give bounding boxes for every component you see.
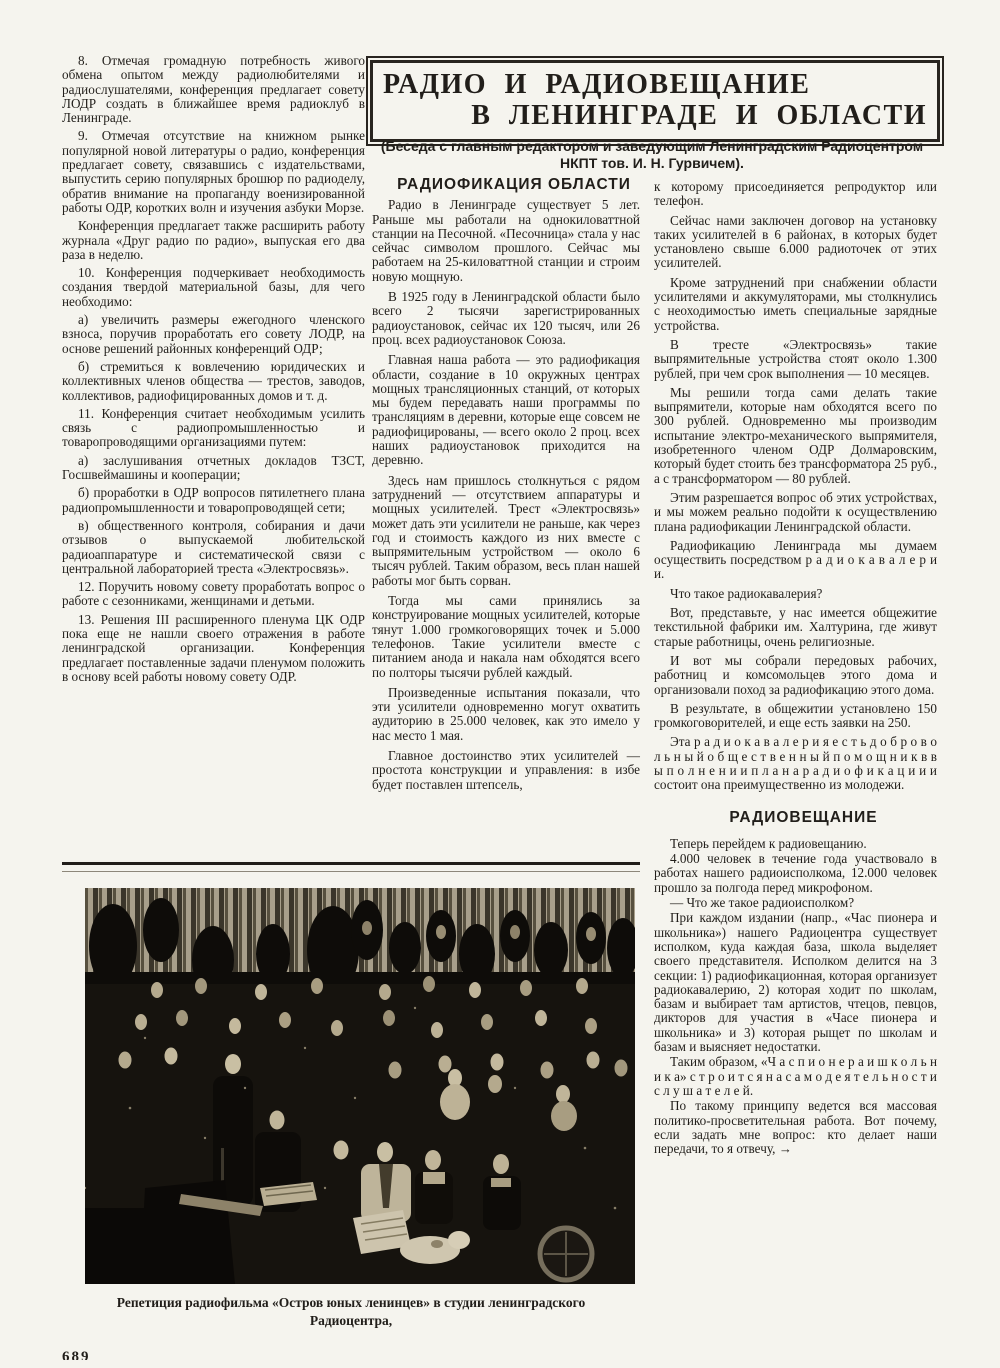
section-heading-radioveshanie: РАДИОВЕЩАНИЕ [654, 811, 937, 825]
paragraph: Сейчас нами заключен договор на установк… [654, 214, 937, 271]
paragraph: Мы решили тогда сами делать такие выпрям… [654, 386, 937, 486]
paragraph: к которому присоединяется репродуктор ил… [654, 180, 937, 209]
paragraph: 10. Конференция подчеркивает необходимос… [62, 266, 365, 309]
studio-group-photo [85, 888, 635, 1284]
article-title-inner: РАДИО И РАДИОВЕЩАНИЕ В ЛЕНИНГРАДЕ И ОБЛА… [370, 60, 940, 142]
page-number: 689 [62, 1350, 122, 1360]
paragraph: а) заслушивания отчетных докладов ТЗСТ, … [62, 454, 365, 483]
paragraph: в) общественного контроля, собирания и д… [62, 519, 365, 576]
paragraph: 11. Конференция считает необходимым усил… [62, 407, 365, 450]
middle-column: РАДИОФИКАЦИЯ ОБЛАСТИ Радио в Ленинграде … [372, 178, 640, 798]
article-title-line2: В ЛЕНИНГРАДЕ И ОБЛАСТИ [383, 100, 927, 131]
paragraph: Вот, представьте, у нас имеется общежити… [654, 606, 937, 649]
photo-caption-line1: Репетиция радиофильма «Остров юных ленин… [62, 1294, 640, 1312]
paragraph: 9. Отмечая отсутствие на книжном рынке п… [62, 129, 365, 215]
paragraph: Радио в Ленинграде существует 5 лет. Ран… [372, 198, 640, 284]
paragraph: б) проработки в ОДР вопросов пятилетнего… [62, 486, 365, 515]
studio-group-photo-image [85, 888, 635, 1284]
paragraph: Тогда мы сами принялись за конструирован… [372, 594, 640, 680]
paragraph: Здесь нам пришлось столкнуться с рядом з… [372, 474, 640, 588]
section-heading-radiofikacia: РАДИОФИКАЦИЯ ОБЛАСТИ [372, 178, 640, 192]
paragraph: Этим разрешается вопрос об этих устройст… [654, 491, 937, 534]
paragraph: Произведенные испытания показали, что эт… [372, 686, 640, 743]
paragraph: В тресте «Электросвязь» такие выпрямител… [654, 338, 937, 381]
radiofikacia-column1-text: Радио в Ленинграде существует 5 лет. Ран… [372, 198, 640, 792]
article-subtitle: (Беседа с главным редактором и заведующи… [368, 138, 936, 172]
paragraph: 4.000 человек в течение года участвовало… [654, 852, 937, 895]
paragraph: 8. Отмечая громадную потребность живого … [62, 54, 365, 125]
radioveshanie-text: Теперь перейдем к радиовещанию.4.000 чел… [654, 837, 937, 1157]
left-column: 8. Отмечая громадную потребность живого … [62, 54, 365, 688]
paragraph: Теперь перейдем к радиовещанию. [654, 837, 937, 851]
newspaper-page: 8. Отмечая громадную потребность живого … [0, 0, 1000, 1368]
paragraph: Таким образом, «Ч а с п и о н е р а и ш … [654, 1055, 937, 1098]
paragraph: 12. Поручить новому совету проработать в… [62, 580, 365, 609]
paragraph: Главная наша работа — это радиофикация о… [372, 353, 640, 467]
paragraph: Что такое радиокавалерия? [654, 587, 937, 601]
paragraph: б) стремиться к вовлечению юридических и… [62, 360, 365, 403]
photo-caption-line2: Радиоцентра, [62, 1312, 640, 1330]
paragraph: Главное достоинство этих усилителей — пр… [372, 749, 640, 792]
paragraph: Кроме затруднений при снабжении области … [654, 276, 937, 333]
article-title-line1: РАДИО И РАДИОВЕЩАНИЕ [383, 69, 927, 100]
right-column: к которому присоединяется репродуктор ил… [654, 180, 937, 1157]
paragraph: И вот мы собрали передовых рабочих, рабо… [654, 654, 937, 697]
photo-top-rule [62, 862, 640, 872]
photo-caption: Репетиция радиофильма «Остров юных ленин… [62, 1294, 640, 1330]
paragraph: — Что же такое радиоисполком? [654, 896, 937, 910]
radiofikacia-column2-text: к которому присоединяется репродуктор ил… [654, 180, 937, 793]
paragraph: Радиофикацию Ленинграда мы думаем осущес… [654, 539, 937, 582]
paragraph: а) увеличить размеры ежегодного членског… [62, 313, 365, 356]
paragraph: Конференция предлагает также расширить р… [62, 219, 365, 262]
article-subtitle-line2: НКПТ тов. И. Н. Гурвичем). [368, 155, 936, 172]
article-subtitle-line1: (Беседа с главным редактором и заведующи… [368, 138, 936, 155]
paragraph: 13. Решения III расширенного пленума ЦК … [62, 613, 365, 684]
paragraph: При каждом издании (напр., «Час пионера … [654, 911, 937, 1054]
article-title-box: РАДИО И РАДИОВЕЩАНИЕ В ЛЕНИНГРАДЕ И ОБЛА… [366, 56, 944, 146]
paragraph: В 1925 году в Ленинградской области было… [372, 290, 640, 347]
paragraph: В результате, в общежитии установлено 15… [654, 702, 937, 731]
paragraph: Эта р а д и о к а в а л е р и я е с т ь … [654, 735, 937, 792]
paragraph: По такому принципу ведется вся массовая … [654, 1099, 937, 1156]
